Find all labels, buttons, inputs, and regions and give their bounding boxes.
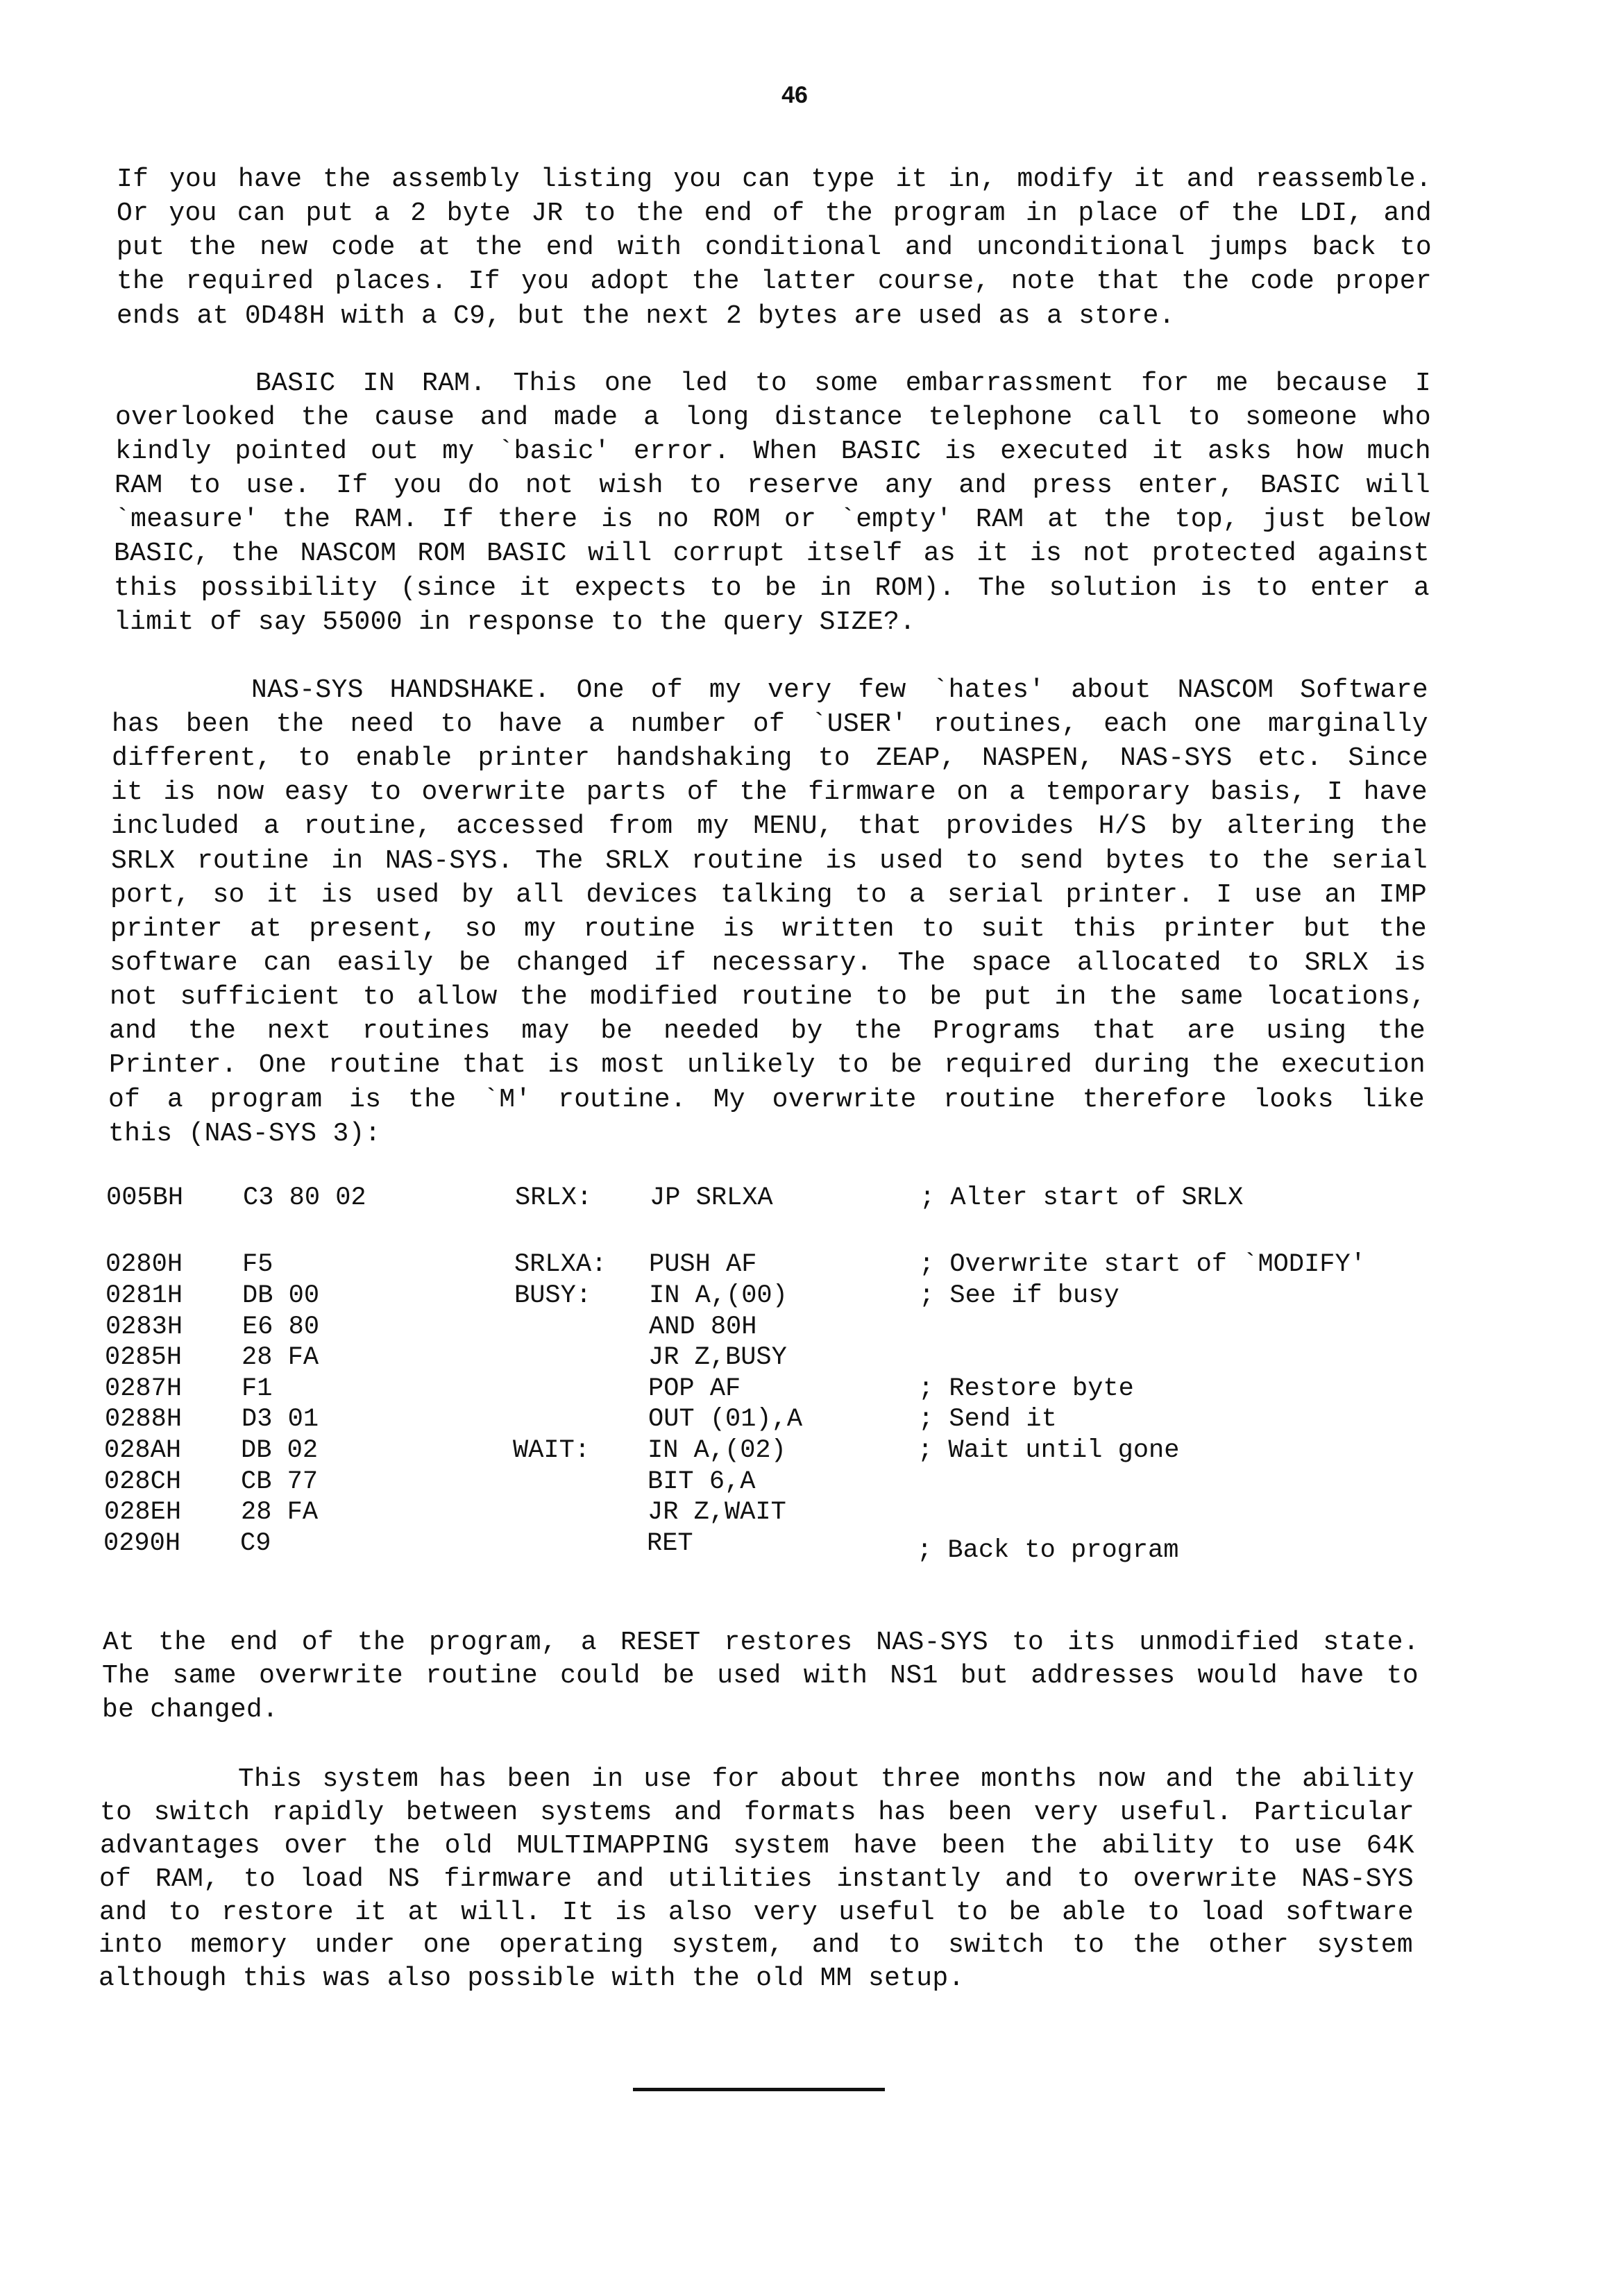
code-address: 0290H	[103, 1528, 180, 1560]
code-bytes: 28 FA	[241, 1497, 318, 1528]
text-line: to switch rapidly between systems and fo…	[100, 1796, 1414, 1830]
code-comment: ; Restore byte	[918, 1374, 1134, 1405]
text-line: although this was also possible with the…	[99, 1961, 1413, 1995]
code-instruction: OUT (01),A	[648, 1404, 802, 1435]
text-line: printer at present, so my routine is wri…	[110, 912, 1427, 946]
text-line: overlooked the cause and made a long dis…	[115, 400, 1431, 434]
code-comment: ; Back to program	[917, 1535, 1178, 1567]
code-bytes: CB 77	[241, 1467, 318, 1498]
text-line: Printer. One routine that is most unlike…	[109, 1048, 1426, 1082]
text-line: not sufficient to allow the modified rou…	[110, 980, 1426, 1014]
text-line: this (NAS-SYS 3):	[108, 1117, 1425, 1151]
text-line: included a routine, accessed from my MEN…	[111, 809, 1428, 843]
code-instruction: BIT 6,A	[648, 1467, 755, 1498]
code-address: 0288H	[105, 1404, 182, 1435]
text-line: the required places. If you adopt the la…	[117, 264, 1432, 298]
code-address: 0280H	[105, 1249, 183, 1281]
text-line: this possibility (since it expects to be…	[114, 571, 1430, 605]
code-instruction: AND 80H	[649, 1312, 756, 1343]
code-instruction: POP AF	[648, 1374, 741, 1405]
text-line: advantages over the old MULTIMAPPING sys…	[100, 1829, 1414, 1863]
code-comment: ; Alter start of SRLX	[920, 1183, 1243, 1214]
text-line: port, so it is used by all devices talki…	[110, 878, 1427, 912]
text-line: of a program is the `M' routine. My over…	[108, 1083, 1425, 1117]
text-line: be changed.	[102, 1693, 1419, 1727]
code-label: SRLXA:	[514, 1249, 607, 1281]
code-label: BUSY:	[514, 1281, 591, 1312]
code-address: 005BH	[106, 1183, 183, 1214]
code-label: SRLX:	[515, 1183, 592, 1214]
text-line: The same overwrite routine could be used…	[102, 1659, 1419, 1693]
code-instruction: IN A,(02)	[648, 1435, 786, 1467]
code-instruction: JP SRLXA	[650, 1183, 773, 1214]
code-bytes: C9	[240, 1528, 271, 1560]
text-line: of RAM, to load NS firmware and utilitie…	[99, 1862, 1414, 1896]
text-line: SRLX routine in NAS-SYS. The SRLX routin…	[111, 844, 1428, 878]
text-line: different, to enable printer handshaking…	[112, 741, 1428, 775]
code-instruction: IN A,(00)	[649, 1281, 788, 1312]
text-line: into memory under one operating system, …	[99, 1928, 1413, 1962]
code-label: WAIT:	[513, 1435, 590, 1467]
code-instruction: JR Z,WAIT	[648, 1497, 786, 1528]
text-line: This system has been in use for about th…	[238, 1762, 1414, 1796]
code-bytes: D3 01	[242, 1404, 319, 1435]
code-bytes: DB 00	[242, 1281, 319, 1312]
code-address: 0287H	[105, 1374, 182, 1405]
code-comment: ; Send it	[918, 1404, 1057, 1435]
text-line: software can easily be changed if necess…	[110, 946, 1426, 980]
text-line: NAS-SYS HANDSHAKE. One of my very few `h…	[251, 673, 1428, 707]
code-address: 0283H	[105, 1312, 183, 1343]
code-bytes: F5	[242, 1249, 273, 1281]
text-line: BASIC, the NASCOM ROM BASIC will corrupt…	[114, 537, 1430, 571]
text-line: has been the need to have a number of `U…	[112, 707, 1428, 741]
end-of-article-rule	[633, 2088, 885, 2091]
code-comment: ; Overwrite start of `MODIFY'	[919, 1249, 1366, 1281]
code-bytes: F1	[242, 1374, 272, 1405]
text-line: ends at 0D48H with a C9, but the next 2 …	[117, 299, 1432, 333]
code-instruction: RET	[647, 1528, 693, 1560]
text-line: it is now easy to overwrite parts of the…	[111, 775, 1428, 809]
text-line: and to restore it at will. It is also ve…	[99, 1896, 1414, 1930]
code-address: 0285H	[105, 1342, 182, 1374]
text-line: limit of say 55000 in response to the qu…	[114, 605, 1430, 639]
text-line: Or you can put a 2 byte JR to the end of…	[117, 196, 1432, 230]
text-line: put the new code at the end with conditi…	[117, 230, 1432, 264]
text-line: At the end of the program, a RESET resto…	[103, 1626, 1419, 1660]
text-line: and the next routines may be needed by t…	[109, 1014, 1426, 1048]
text-line: `measure' the RAM. If there is no ROM or…	[115, 503, 1430, 537]
code-bytes: 28 FA	[242, 1342, 319, 1374]
page-number: 46	[763, 82, 826, 109]
document-page: 46 If you have the assembly listing you …	[0, 0, 1624, 2296]
code-address: 028CH	[104, 1467, 181, 1498]
text-line: If you have the assembly listing you can…	[117, 162, 1432, 196]
code-bytes: E6 80	[242, 1312, 319, 1343]
code-instruction: PUSH AF	[649, 1249, 756, 1281]
text-line: kindly pointed out my `basic' error. Whe…	[115, 434, 1431, 469]
code-address: 028EH	[104, 1497, 181, 1528]
text-line: RAM to use. If you do not wish to reserv…	[115, 469, 1430, 503]
text-line: BASIC IN RAM. This one led to some embar…	[255, 366, 1431, 400]
code-address: 0281H	[105, 1281, 183, 1312]
code-bytes: C3 80 02	[243, 1183, 366, 1214]
code-comment: ; Wait until gone	[917, 1435, 1179, 1467]
code-bytes: DB 02	[241, 1435, 318, 1467]
code-address: 028AH	[104, 1435, 181, 1467]
code-comment: ; See if busy	[919, 1281, 1119, 1312]
code-instruction: JR Z,BUSY	[648, 1342, 787, 1374]
